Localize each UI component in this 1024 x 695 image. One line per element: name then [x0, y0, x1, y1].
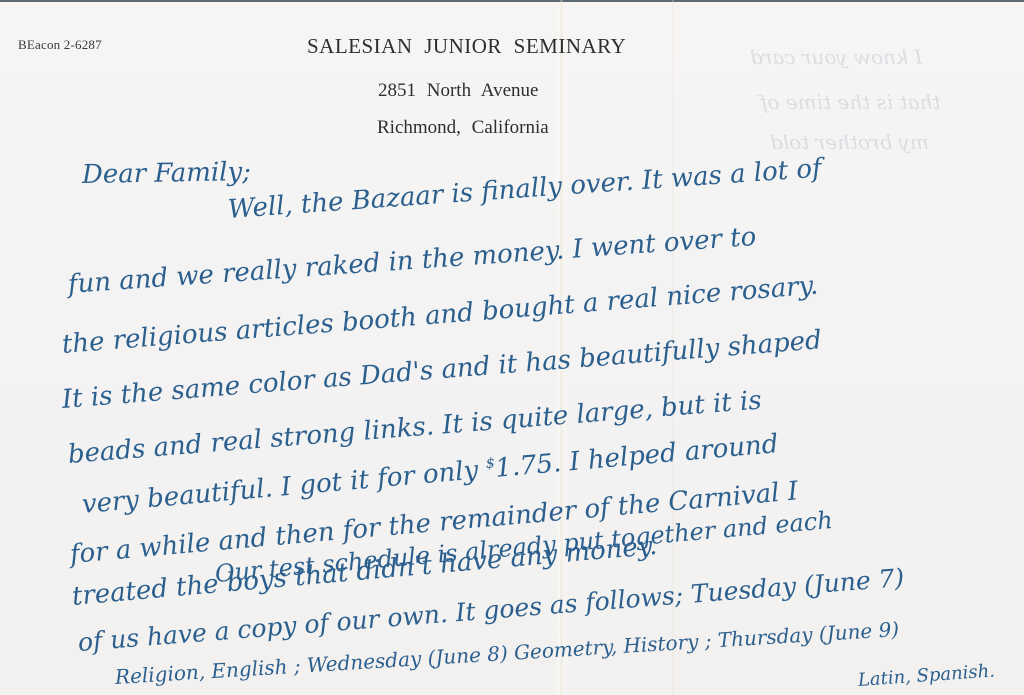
show-through-text: my brother told [770, 130, 929, 154]
show-through-text: that is the time of [760, 90, 940, 114]
show-through-text: I know your card [750, 45, 922, 69]
letter-page: I know your card that is the time of my … [0, 0, 1024, 695]
scan-top-edge [0, 0, 1024, 2]
letter-salutation: Dear Family; [82, 157, 251, 190]
letter-line: Well, the Bazaar is finally over. It was… [227, 154, 823, 225]
letterhead-city: Richmond, California [377, 117, 549, 139]
letterhead-street: 2851 North Avenue [378, 80, 538, 102]
letterhead-phone: BEacon 2-6287 [18, 37, 102, 53]
letter-line-schedule-end: Latin, Spanish. [857, 660, 995, 691]
letterhead-institution: SALESIAN JUNIOR SEMINARY [307, 34, 626, 59]
letter-line-text: 1.75. I helped around [494, 429, 780, 484]
